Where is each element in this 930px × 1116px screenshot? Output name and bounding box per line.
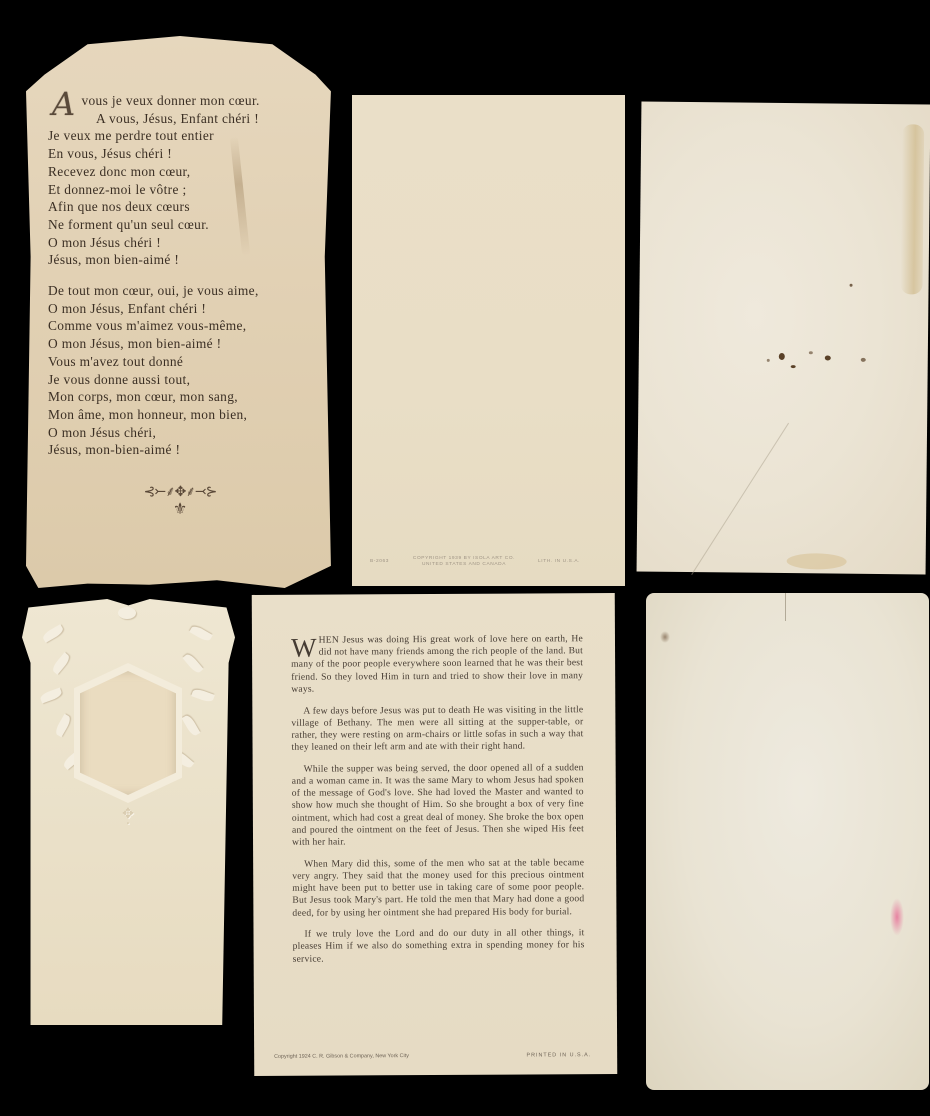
bible-story-card: WHEN Jesus was doing His great work of l… bbox=[252, 593, 618, 1076]
poem-line: A vous, Jésus, Enfant chéri ! bbox=[48, 110, 320, 128]
leaf-icon bbox=[39, 688, 63, 704]
card-footer: Copyright 1924 C. R. Gibson & Company, N… bbox=[274, 1052, 599, 1064]
edge-stain bbox=[900, 124, 924, 294]
poem-line: Je veux me perdre tout entier bbox=[48, 127, 320, 145]
flower-icon bbox=[118, 607, 136, 619]
catalog-number: B-2063 bbox=[370, 559, 389, 564]
dirt-spot bbox=[861, 358, 866, 362]
leaf-icon bbox=[50, 652, 71, 675]
pink-ink-mark bbox=[890, 898, 904, 936]
dirt-spot bbox=[779, 353, 785, 360]
printed-in-notice: PRINTED IN U.S.A. bbox=[527, 1052, 592, 1058]
poem-line: O mon Jésus, Enfant chéri ! bbox=[48, 300, 320, 318]
bottom-stain bbox=[787, 553, 847, 570]
poem-line: Je vous donne aussi tout, bbox=[48, 371, 320, 389]
poem-line: Vous m'avez tout donné bbox=[48, 353, 320, 371]
crease-line bbox=[785, 593, 786, 621]
poem-line: Et donnez-moi le vôtre ; bbox=[48, 181, 320, 199]
ornament-finial: ⚜ bbox=[110, 499, 250, 518]
dirt-spot bbox=[850, 284, 853, 287]
leaf-icon bbox=[41, 624, 65, 643]
poem-line: Recevez donc mon cœur, bbox=[48, 163, 320, 181]
poem-line: Mon âme, mon honneur, mon bien, bbox=[48, 406, 320, 424]
isola-footer: B-2063 COPYRIGHT 1939 BY ISOLA ART CO. U… bbox=[352, 556, 625, 570]
poem-line: O mon Jésus chéri, bbox=[48, 424, 320, 442]
poem-line: En vous, Jésus chéri ! bbox=[48, 145, 320, 163]
pendant-ornament-icon: ✥· bbox=[122, 809, 134, 835]
poem-line: De tout mon cœur, oui, je vous aime, bbox=[48, 282, 320, 300]
poem-line: vous je veux donner mon cœur. bbox=[81, 93, 259, 108]
drop-cap: W bbox=[291, 637, 317, 659]
dirt-spot bbox=[809, 351, 813, 354]
poem-line: Ne forment qu'un seul cœur. bbox=[48, 216, 320, 234]
leaf-icon bbox=[191, 688, 215, 704]
paragraph: A few days before Jesus was put to death… bbox=[291, 704, 583, 754]
dirt-mark bbox=[660, 631, 670, 643]
poem-line: Comme vous m'aimez vous-même, bbox=[48, 317, 320, 335]
leaf-icon bbox=[182, 652, 203, 675]
poem-text: Avous je veux donner mon cœur. A vous, J… bbox=[48, 92, 320, 459]
blank-card-back bbox=[646, 593, 929, 1090]
dirt-spot bbox=[825, 355, 831, 360]
poem-line: Afin que nos deux cœurs bbox=[48, 198, 320, 216]
fleuron-ornament-icon: ⊰⤚⸙✥⸙⤙⊱ ⚜ bbox=[110, 482, 250, 526]
paragraph: If we truly love the Lord and do our dut… bbox=[292, 927, 584, 965]
crease-line bbox=[691, 423, 789, 575]
french-poem-card: Avous je veux donner mon cœur. A vous, J… bbox=[26, 36, 334, 588]
paragraph: HEN Jesus was doing His great work of lo… bbox=[291, 633, 583, 694]
poem-line: Mon corps, mon cœur, mon sang, bbox=[48, 388, 320, 406]
dirt-spot bbox=[791, 365, 796, 368]
paragraph: When Mary did this, some of the men who … bbox=[292, 857, 584, 920]
poem-line: Jésus, mon bien-aimé ! bbox=[48, 251, 320, 269]
isola-card-back: B-2063 COPYRIGHT 1939 BY ISOLA ART CO. U… bbox=[352, 95, 625, 586]
embossed-frame-panel bbox=[80, 671, 176, 795]
embossed-bookmark-card: ✥· bbox=[22, 599, 235, 1025]
copyright-line: UNITED STATES AND CANADA bbox=[404, 562, 524, 568]
lith-notice: LITH. IN U.S.A. bbox=[538, 559, 580, 564]
copyright-notice: COPYRIGHT 1939 BY ISOLA ART CO. UNITED S… bbox=[404, 556, 524, 568]
leaf-icon bbox=[54, 714, 73, 738]
leaf-icon bbox=[189, 624, 213, 643]
poem-line: Jésus, mon-bien-aimé ! bbox=[48, 441, 320, 459]
paragraph: While the supper was being served, the d… bbox=[292, 762, 584, 849]
leaf-icon bbox=[182, 714, 201, 738]
poem-line: O mon Jésus, mon bien-aimé ! bbox=[48, 335, 320, 353]
illuminated-drop-cap: A bbox=[52, 88, 75, 120]
stained-card-back bbox=[637, 101, 930, 574]
publisher-copyright: Copyright 1924 C. R. Gibson & Company, N… bbox=[274, 1053, 409, 1060]
poem-line: O mon Jésus chéri ! bbox=[48, 234, 320, 252]
dirt-spot bbox=[767, 359, 770, 362]
story-text: WHEN Jesus was doing His great work of l… bbox=[291, 633, 585, 975]
